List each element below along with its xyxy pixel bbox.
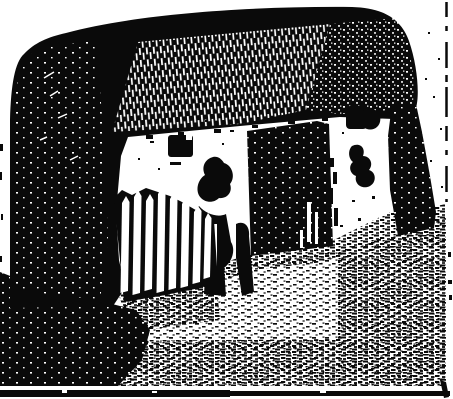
left-gable-speckle [14, 40, 108, 300]
scanned-page [0, 0, 453, 399]
doorway-highlight-3 [300, 230, 303, 248]
doorway-speckle [247, 121, 333, 256]
doorpost-streak-1 [329, 158, 334, 167]
doorpost-streak-3 [328, 188, 333, 204]
doorway-highlight-1 [307, 202, 311, 242]
window-left-sill-mark [170, 162, 181, 165]
engraving-figure [0, 0, 453, 399]
doorway [247, 121, 333, 256]
doorpost-streak-2 [333, 172, 337, 184]
window-left-glint [186, 135, 192, 140]
doorpost-streak-4 [334, 208, 338, 226]
doorway-highlight-2 [315, 212, 318, 244]
